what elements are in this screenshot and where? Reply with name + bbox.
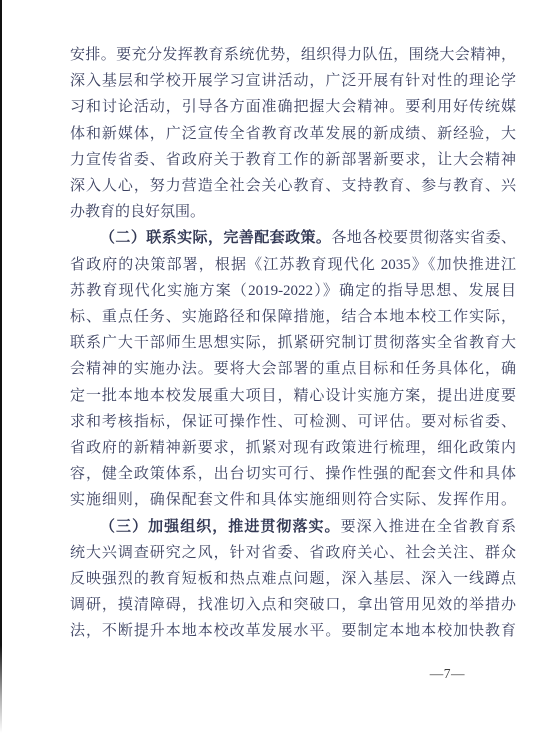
body-text: 苏教育现代化实施方案（2019-2022）》确定的指导思想、发展目	[70, 283, 516, 299]
text-line: 苏教育现代化实施方案（2019-2022）》确定的指导思想、发展目	[70, 278, 516, 304]
text-line: （二）联系实际，完善配套政策。各地各校要贯彻落实省委、	[70, 225, 516, 251]
text-line: 体和新媒体，广泛宣传全省教育改革发展的新成绩、新经验，大	[70, 121, 516, 147]
document-page: 安排。要充分发挥教育系统优势，组织得力队伍，围绕大会精神，深入基层和学校开展学习…	[0, 0, 557, 733]
document-body: 安排。要充分发挥教育系统优势，组织得力队伍，围绕大会精神，深入基层和学校开展学习…	[70, 42, 516, 645]
text-line: 定一批本地本校发展重大项目，精心设计实施方案，提出进度要	[70, 383, 516, 409]
body-text: 会精神的实施办法。要将大会部署的重点目标和任务具体化，确	[70, 361, 516, 377]
body-text: 求和考核指标，保证可操作性、可检测、可评估。要对标省委、	[70, 414, 516, 430]
text-line: 法，不断提升本地本校改革发展水平。要制定本地本校加快教育	[70, 618, 516, 644]
text-line: 深入基层和学校开展学习宣讲活动，广泛开展有针对性的理论学	[70, 68, 516, 94]
text-line: 调研，摸清障碍，找准切入点和突破口，拿出管用见效的举措办	[70, 592, 516, 618]
body-text: 省政府的新精神新要求，抓紧对现有政策进行梳理，细化政策内	[70, 440, 516, 456]
text-line: （三）加强组织，推进贯彻落实。要深入推进在全省教育系	[70, 514, 516, 540]
text-line: 容，健全政策体系，出台切实可行、操作性强的配套文件和具体	[70, 461, 516, 487]
scan-edge-line	[0, 0, 2, 733]
text-line: 标、重点任务、实施路径和保障措施，结合本地本校工作实际，	[70, 304, 516, 330]
text-line: 求和考核指标，保证可操作性、可检测、可评估。要对标省委、	[70, 409, 516, 435]
body-text: 力宣传省委、省政府关于教育工作的新部署新要求，让大会精神	[70, 152, 516, 168]
text-line: 省政府的决策部署，根据《江苏教育现代化 2035》《加快推进江	[70, 252, 516, 278]
body-text: 实施细则，确保配套文件和具体实施细则符合实际、发挥作用。	[70, 492, 516, 508]
text-line: 办教育的良好氛围。	[70, 199, 516, 225]
text-line: 联系广大干部师生思想实际，抓紧研究制订贯彻落实全省教育大	[70, 330, 516, 356]
text-line: 习和讨论活动，引导各方面准确把握大会精神。要利用好传统媒	[70, 94, 516, 120]
body-text: 标、重点任务、实施路径和保障措施，结合本地本校工作实际，	[70, 309, 516, 325]
text-line: 深入人心，努力营造全社会关心教育、支持教育、参与教育、兴	[70, 173, 516, 199]
body-text: 省政府的决策部署，根据《江苏教育现代化 2035》《加快推进江	[70, 257, 516, 273]
body-text: 要深入推进在全省教育系	[341, 519, 516, 535]
section-heading-text: （三）加强组织，推进贯彻落实。	[100, 519, 341, 535]
text-line: 会精神的实施办法。要将大会部署的重点目标和任务具体化，确	[70, 356, 516, 382]
body-text: 安排。要充分发挥教育系统优势，组织得力队伍，围绕大会精神，	[70, 47, 516, 63]
body-text: 深入基层和学校开展学习宣讲活动，广泛开展有针对性的理论学	[70, 73, 516, 89]
body-text: 联系广大干部师生思想实际，抓紧研究制订贯彻落实全省教育大	[70, 335, 516, 351]
text-line: 安排。要充分发挥教育系统优势，组织得力队伍，围绕大会精神，	[70, 42, 516, 68]
text-line: 省政府的新精神新要求，抓紧对现有政策进行梳理，细化政策内	[70, 435, 516, 461]
body-text: 办教育的良好氛围。	[70, 204, 205, 220]
body-text: 定一批本地本校发展重大项目，精心设计实施方案，提出进度要	[70, 388, 516, 404]
body-text: 统大兴调查研究之风，针对省委、省政府关心、社会关注、群众	[70, 545, 516, 561]
page-number: —7—	[430, 666, 465, 682]
text-line: 力宣传省委、省政府关于教育工作的新部署新要求，让大会精神	[70, 147, 516, 173]
text-line: 反映强烈的教育短板和热点难点问题，深入基层、深入一线蹲点	[70, 566, 516, 592]
body-text: 体和新媒体，广泛宣传全省教育改革发展的新成绩、新经验，大	[70, 126, 516, 142]
body-text: 反映强烈的教育短板和热点难点问题，深入基层、深入一线蹲点	[70, 571, 516, 587]
body-text: 调研，摸清障碍，找准切入点和突破口，拿出管用见效的举措办	[70, 597, 516, 613]
text-line: 统大兴调查研究之风，针对省委、省政府关心、社会关注、群众	[70, 540, 516, 566]
body-text: 容，健全政策体系，出台切实可行、操作性强的配套文件和具体	[70, 466, 516, 482]
body-text: 深入人心，努力营造全社会关心教育、支持教育、参与教育、兴	[70, 178, 516, 194]
body-text: 各地各校要贯彻落实省委、	[331, 230, 516, 246]
body-text: 习和讨论活动，引导各方面准确把握大会精神。要利用好传统媒	[70, 99, 516, 115]
text-line: 实施细则，确保配套文件和具体实施细则符合实际、发挥作用。	[70, 487, 516, 513]
body-text: 法，不断提升本地本校改革发展水平。要制定本地本校加快教育	[70, 623, 516, 639]
section-heading-text: （二）联系实际，完善配套政策。	[100, 230, 331, 246]
